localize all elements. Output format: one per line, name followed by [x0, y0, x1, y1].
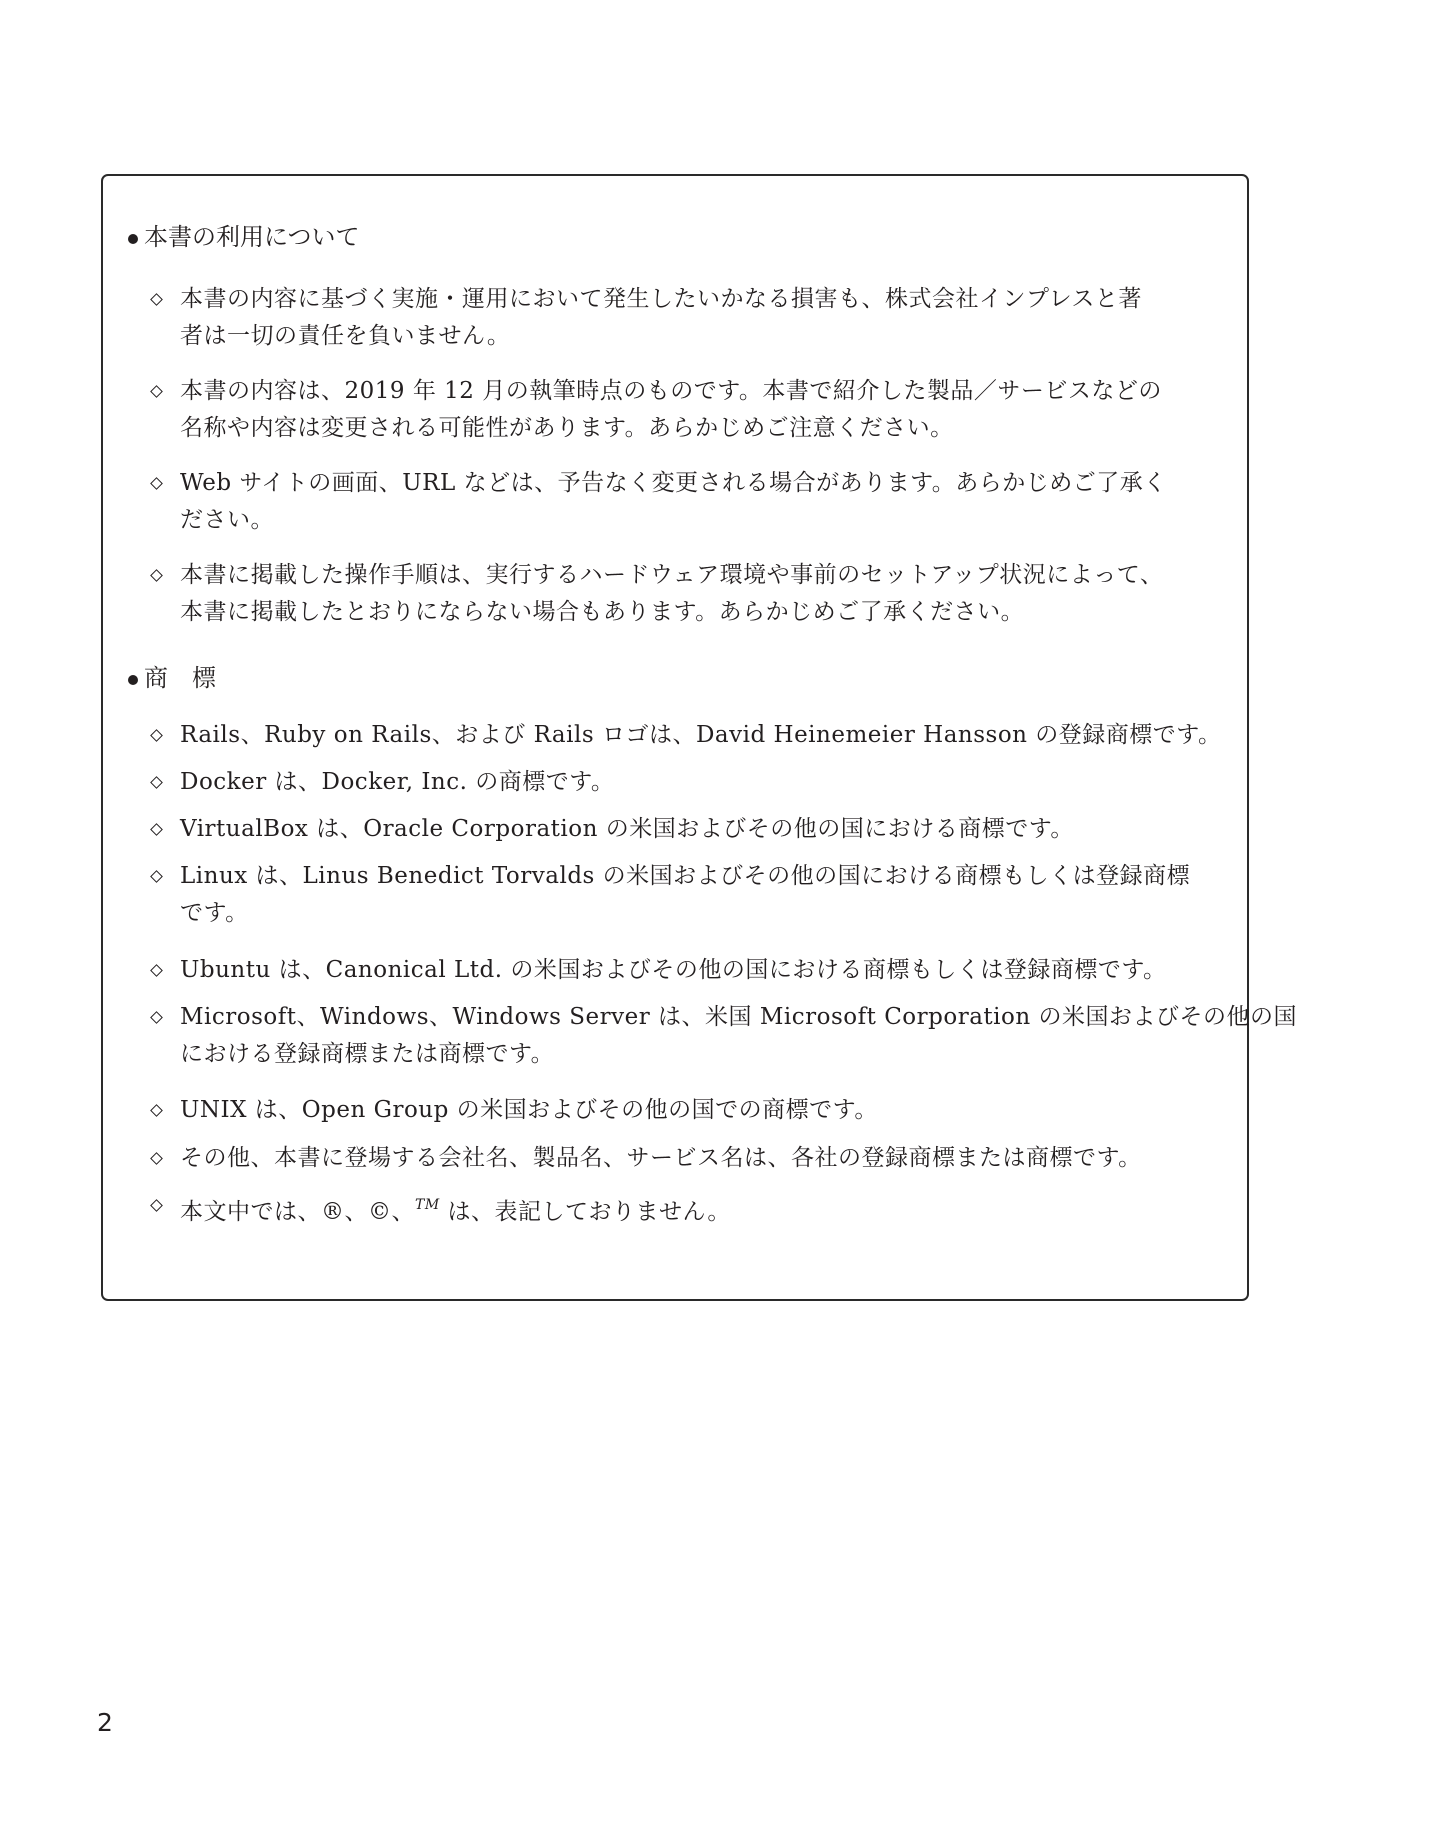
diamond-bullet-icon: [150, 776, 163, 789]
list-item-text: Rails、Ruby on Rails、および Rails ロゴは、David …: [180, 717, 1232, 754]
diamond-bullet-icon: [150, 729, 163, 742]
diamond-bullet-icon: [150, 1011, 163, 1024]
section-heading-text: 本書の利用について: [144, 222, 360, 252]
list-item-text: Web サイトの画面、URL などは、予告なく変更される場合があります。あらかじ…: [180, 465, 1232, 539]
list-item-text: 本書の内容は、2019 年 12 月の執筆時点のものです。本書で紹介した製品／サ…: [180, 373, 1232, 447]
list-item: 本文中では、®、©、TM は、表記しておりません。: [152, 1187, 1232, 1224]
list-item-text: 本文中では、®、©、TM は、表記しておりません。: [180, 1187, 1232, 1224]
text-line: UNIX は、Open Group の米国およびその他の国での商標です。: [180, 1092, 1232, 1129]
diamond-bullet-icon: [150, 385, 163, 398]
text-line: Linux は、Linus Benedict Torvalds の米国およびその…: [180, 858, 1232, 895]
diamond-bullet-icon: [150, 1104, 163, 1117]
diamond-bullet-icon: [150, 823, 163, 836]
text-line: 本書の内容は、2019 年 12 月の執筆時点のものです。本書で紹介した製品／サ…: [180, 373, 1232, 410]
list-item: Linux は、Linus Benedict Torvalds の米国およびその…: [152, 858, 1232, 932]
list-item: UNIX は、Open Group の米国およびその他の国での商標です。: [152, 1092, 1232, 1129]
text-line: VirtualBox は、Oracle Corporation の米国およびその…: [180, 811, 1232, 848]
list-item-text: Linux は、Linus Benedict Torvalds の米国およびその…: [180, 858, 1232, 932]
section-heading-trademarks: 商 標: [128, 663, 216, 693]
page-number: 2: [97, 1708, 113, 1738]
text-line: Rails、Ruby on Rails、および Rails ロゴは、David …: [180, 717, 1232, 754]
text-line: 本書の内容に基づく実施・運用において発生したいかなる損害も、株式会社インプレスと…: [180, 281, 1232, 318]
text-line: Docker は、Docker, Inc. の商標です。: [180, 764, 1232, 801]
text-line: 本文中では、®、©、TM は、表記しておりません。: [180, 1187, 1232, 1224]
bullet-dot-icon: [128, 234, 138, 244]
text-line: Web サイトの画面、URL などは、予告なく変更される場合があります。あらかじ…: [180, 465, 1232, 502]
section-heading-usage: 本書の利用について: [128, 222, 360, 252]
list-item: VirtualBox は、Oracle Corporation の米国およびその…: [152, 811, 1232, 848]
text-line: 者は一切の責任を負いません。: [180, 318, 1232, 355]
list-item: Microsoft、Windows、Windows Server は、米国 Mi…: [152, 999, 1232, 1073]
trademark-symbol: TM: [415, 1197, 440, 1213]
diamond-bullet-icon: [150, 1152, 163, 1165]
text-line: Ubuntu は、Canonical Ltd. の米国およびその他の国における商…: [180, 952, 1232, 989]
text-line: 本書に掲載した操作手順は、実行するハードウェア環境や事前のセットアップ状況によっ…: [180, 557, 1232, 594]
diamond-bullet-icon: [150, 1199, 163, 1212]
section-heading-text: 商 標: [144, 663, 216, 693]
text-line: です。: [180, 895, 1232, 932]
list-item: 本書の内容は、2019 年 12 月の執筆時点のものです。本書で紹介した製品／サ…: [152, 373, 1232, 447]
list-item: Rails、Ruby on Rails、および Rails ロゴは、David …: [152, 717, 1232, 754]
list-item: Docker は、Docker, Inc. の商標です。: [152, 764, 1232, 801]
diamond-bullet-icon: [150, 569, 163, 582]
diamond-bullet-icon: [150, 964, 163, 977]
text-line: 名称や内容は変更される可能性があります。あらかじめご注意ください。: [180, 410, 1232, 447]
list-item: その他、本書に登場する会社名、製品名、サービス名は、各社の登録商標または商標です…: [152, 1140, 1232, 1177]
list-item: 本書に掲載した操作手順は、実行するハードウェア環境や事前のセットアップ状況によっ…: [152, 557, 1232, 631]
diamond-bullet-icon: [150, 477, 163, 490]
text-line: ださい。: [180, 502, 1232, 539]
text-after-tm: は、表記しておりません。: [440, 1199, 731, 1225]
list-item: Ubuntu は、Canonical Ltd. の米国およびその他の国における商…: [152, 952, 1232, 989]
bullet-dot-icon: [128, 675, 138, 685]
list-item-text: 本書の内容に基づく実施・運用において発生したいかなる損害も、株式会社インプレスと…: [180, 281, 1232, 355]
list-item-text: Ubuntu は、Canonical Ltd. の米国およびその他の国における商…: [180, 952, 1232, 989]
diamond-bullet-icon: [150, 870, 163, 883]
text-line: その他、本書に登場する会社名、製品名、サービス名は、各社の登録商標または商標です…: [180, 1140, 1232, 1177]
list-item-text: UNIX は、Open Group の米国およびその他の国での商標です。: [180, 1092, 1232, 1129]
list-item: 本書の内容に基づく実施・運用において発生したいかなる損害も、株式会社インプレスと…: [152, 281, 1232, 355]
list-item-text: 本書に掲載した操作手順は、実行するハードウェア環境や事前のセットアップ状況によっ…: [180, 557, 1232, 631]
text-line: 本書に掲載したとおりにならない場合もあります。あらかじめご了承ください。: [180, 594, 1232, 631]
list-item-text: その他、本書に登場する会社名、製品名、サービス名は、各社の登録商標または商標です…: [180, 1140, 1232, 1177]
list-item-text: Docker は、Docker, Inc. の商標です。: [180, 764, 1232, 801]
list-item-text: VirtualBox は、Oracle Corporation の米国およびその…: [180, 811, 1232, 848]
diamond-bullet-icon: [150, 293, 163, 306]
list-item: Web サイトの画面、URL などは、予告なく変更される場合があります。あらかじ…: [152, 465, 1232, 539]
text-before-tm: 本文中では、®、©、: [180, 1199, 415, 1225]
list-item-text: Microsoft、Windows、Windows Server は、米国 Mi…: [180, 999, 1232, 1073]
text-line: Microsoft、Windows、Windows Server は、米国 Mi…: [180, 999, 1232, 1036]
text-line: における登録商標または商標です。: [180, 1036, 1232, 1073]
